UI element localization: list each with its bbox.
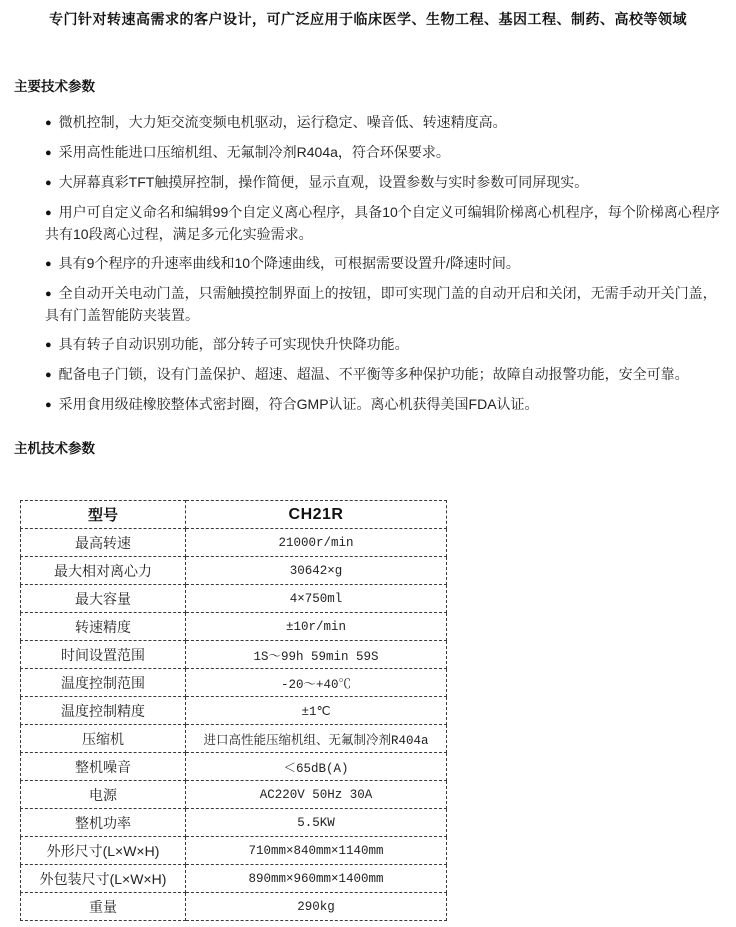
- list-item: ●全自动开关电动门盖，只需触摸控制界面上的按钮，即可实现门盖的自动开启和关闭，无…: [45, 283, 724, 326]
- spec-table: 型号 CH21R 最高转速 21000r/min 最大相对离心力 30642×g…: [20, 500, 447, 921]
- features-section-heading: 主要技术参数: [14, 75, 736, 95]
- spec-label: 外包装尺寸(L×W×H): [21, 865, 186, 893]
- spec-value: AC220V 50Hz 30A: [186, 781, 447, 809]
- spec-label: 重量: [21, 893, 186, 921]
- list-item: ●微机控制，大力矩交流变频电机驱动，运行稳定、噪音低、转速精度高。: [45, 112, 724, 134]
- spec-value: 1S～99h 59min 59S: [186, 641, 447, 669]
- bullet-icon: ●: [45, 288, 52, 300]
- list-item: ●用户可自定义命名和编辑99个自定义离心程序，具备10个自定义可编辑阶梯离心机程…: [45, 202, 724, 245]
- model-header-label: 型号: [21, 501, 186, 529]
- spec-value: 21000r/min: [186, 529, 447, 557]
- spec-value: -20～+40℃: [186, 669, 447, 697]
- feature-list: ●微机控制，大力矩交流变频电机驱动，运行稳定、噪音低、转速精度高。 ●采用高性能…: [45, 112, 724, 416]
- table-row: 最大容量 4×750ml: [21, 585, 447, 613]
- feature-text: 具有9个程序的升速率曲线和10个降速曲线，可根据需要设置升/降速时间。: [59, 255, 520, 271]
- table-header-row: 型号 CH21R: [21, 501, 447, 529]
- bullet-icon: ●: [45, 207, 52, 219]
- table-row: 整机噪音 ＜65dB(A): [21, 753, 447, 781]
- spec-label: 外形尺寸(L×W×H): [21, 837, 186, 865]
- spec-value: 5.5KW: [186, 809, 447, 837]
- spec-label: 最高转速: [21, 529, 186, 557]
- spec-label: 电源: [21, 781, 186, 809]
- feature-text: 微机控制，大力矩交流变频电机驱动，运行稳定、噪音低、转速精度高。: [59, 114, 507, 130]
- table-row: 转速精度 ±10r/min: [21, 613, 447, 641]
- spec-label: 时间设置范围: [21, 641, 186, 669]
- table-row: 外包装尺寸(L×W×H) 890mm×960mm×1400mm: [21, 865, 447, 893]
- spec-label: 最大容量: [21, 585, 186, 613]
- spec-label: 转速精度: [21, 613, 186, 641]
- spec-value: 4×750ml: [186, 585, 447, 613]
- list-item: ●具有转子自动识别功能，部分转子可实现快升快降功能。: [45, 334, 724, 356]
- feature-text: 用户可自定义命名和编辑99个自定义离心程序，具备10个自定义可编辑阶梯离心机程序…: [45, 204, 720, 242]
- feature-text: 采用食用级硅橡胶整体式密封圈，符合GMP认证。离心机获得美国FDA认证。: [59, 396, 539, 412]
- list-item: ●采用高性能进口压缩机组、无氟制冷剂R404a，符合环保要求。: [45, 142, 724, 164]
- table-row: 重量 290kg: [21, 893, 447, 921]
- spec-value: 710mm×840mm×1140mm: [186, 837, 447, 865]
- table-row: 最高转速 21000r/min: [21, 529, 447, 557]
- page-title: 专门针对转速高需求的客户设计，可广泛应用于临床医学、生物工程、基因工程、制药、高…: [0, 0, 736, 29]
- bullet-icon: ●: [45, 147, 52, 159]
- spec-value: ±1℃: [186, 697, 447, 725]
- spec-value: 890mm×960mm×1400mm: [186, 865, 447, 893]
- table-row: 温度控制范围 -20～+40℃: [21, 669, 447, 697]
- spec-value: 30642×g: [186, 557, 447, 585]
- spec-label: 整机噪音: [21, 753, 186, 781]
- spec-value: 290kg: [186, 893, 447, 921]
- table-row: 电源 AC220V 50Hz 30A: [21, 781, 447, 809]
- spec-label: 整机功率: [21, 809, 186, 837]
- bullet-icon: ●: [45, 258, 52, 270]
- spec-value: ±10r/min: [186, 613, 447, 641]
- table-row: 最大相对离心力 30642×g: [21, 557, 447, 585]
- feature-text: 具有转子自动识别功能，部分转子可实现快升快降功能。: [59, 336, 409, 352]
- feature-text: 全自动开关电动门盖，只需触摸控制界面上的按钮，即可实现门盖的自动开启和关闭，无需…: [45, 285, 717, 323]
- list-item: ●采用食用级硅橡胶整体式密封圈，符合GMP认证。离心机获得美国FDA认证。: [45, 394, 724, 416]
- table-row: 整机功率 5.5KW: [21, 809, 447, 837]
- spec-label: 温度控制范围: [21, 669, 186, 697]
- bullet-icon: ●: [45, 177, 52, 189]
- table-row: 压缩机 进口高性能压缩机组、无氟制冷剂R404a: [21, 725, 447, 753]
- table-row: 外形尺寸(L×W×H) 710mm×840mm×1140mm: [21, 837, 447, 865]
- list-item: ●大屏幕真彩TFT触摸屏控制，操作简便，显示直观，设置参数与实时参数可同屏现实。: [45, 172, 724, 194]
- feature-text: 配备电子门锁，设有门盖保护、超速、超温、不平衡等多种保护功能；故障自动报警功能，…: [59, 366, 689, 382]
- spec-label: 最大相对离心力: [21, 557, 186, 585]
- table-row: 时间设置范围 1S～99h 59min 59S: [21, 641, 447, 669]
- feature-text: 采用高性能进口压缩机组、无氟制冷剂R404a，符合环保要求。: [59, 144, 450, 160]
- spec-value: ＜65dB(A): [186, 753, 447, 781]
- bullet-icon: ●: [45, 369, 52, 381]
- feature-text: 大屏幕真彩TFT触摸屏控制，操作简便，显示直观，设置参数与实时参数可同屏现实。: [59, 174, 589, 190]
- model-header-value: CH21R: [186, 501, 447, 529]
- spec-label: 压缩机: [21, 725, 186, 753]
- spec-value: 进口高性能压缩机组、无氟制冷剂R404a: [186, 725, 447, 753]
- spec-label: 温度控制精度: [21, 697, 186, 725]
- product-spec-page: 专门针对转速高需求的客户设计，可广泛应用于临床医学、生物工程、基因工程、制药、高…: [0, 0, 736, 927]
- list-item: ●配备电子门锁，设有门盖保护、超速、超温、不平衡等多种保护功能；故障自动报警功能…: [45, 364, 724, 386]
- list-item: ●具有9个程序的升速率曲线和10个降速曲线，可根据需要设置升/降速时间。: [45, 253, 724, 275]
- bullet-icon: ●: [45, 339, 52, 351]
- bullet-icon: ●: [45, 399, 52, 411]
- bullet-icon: ●: [45, 117, 52, 129]
- specs-section-heading: 主机技术参数: [14, 437, 736, 457]
- table-row: 温度控制精度 ±1℃: [21, 697, 447, 725]
